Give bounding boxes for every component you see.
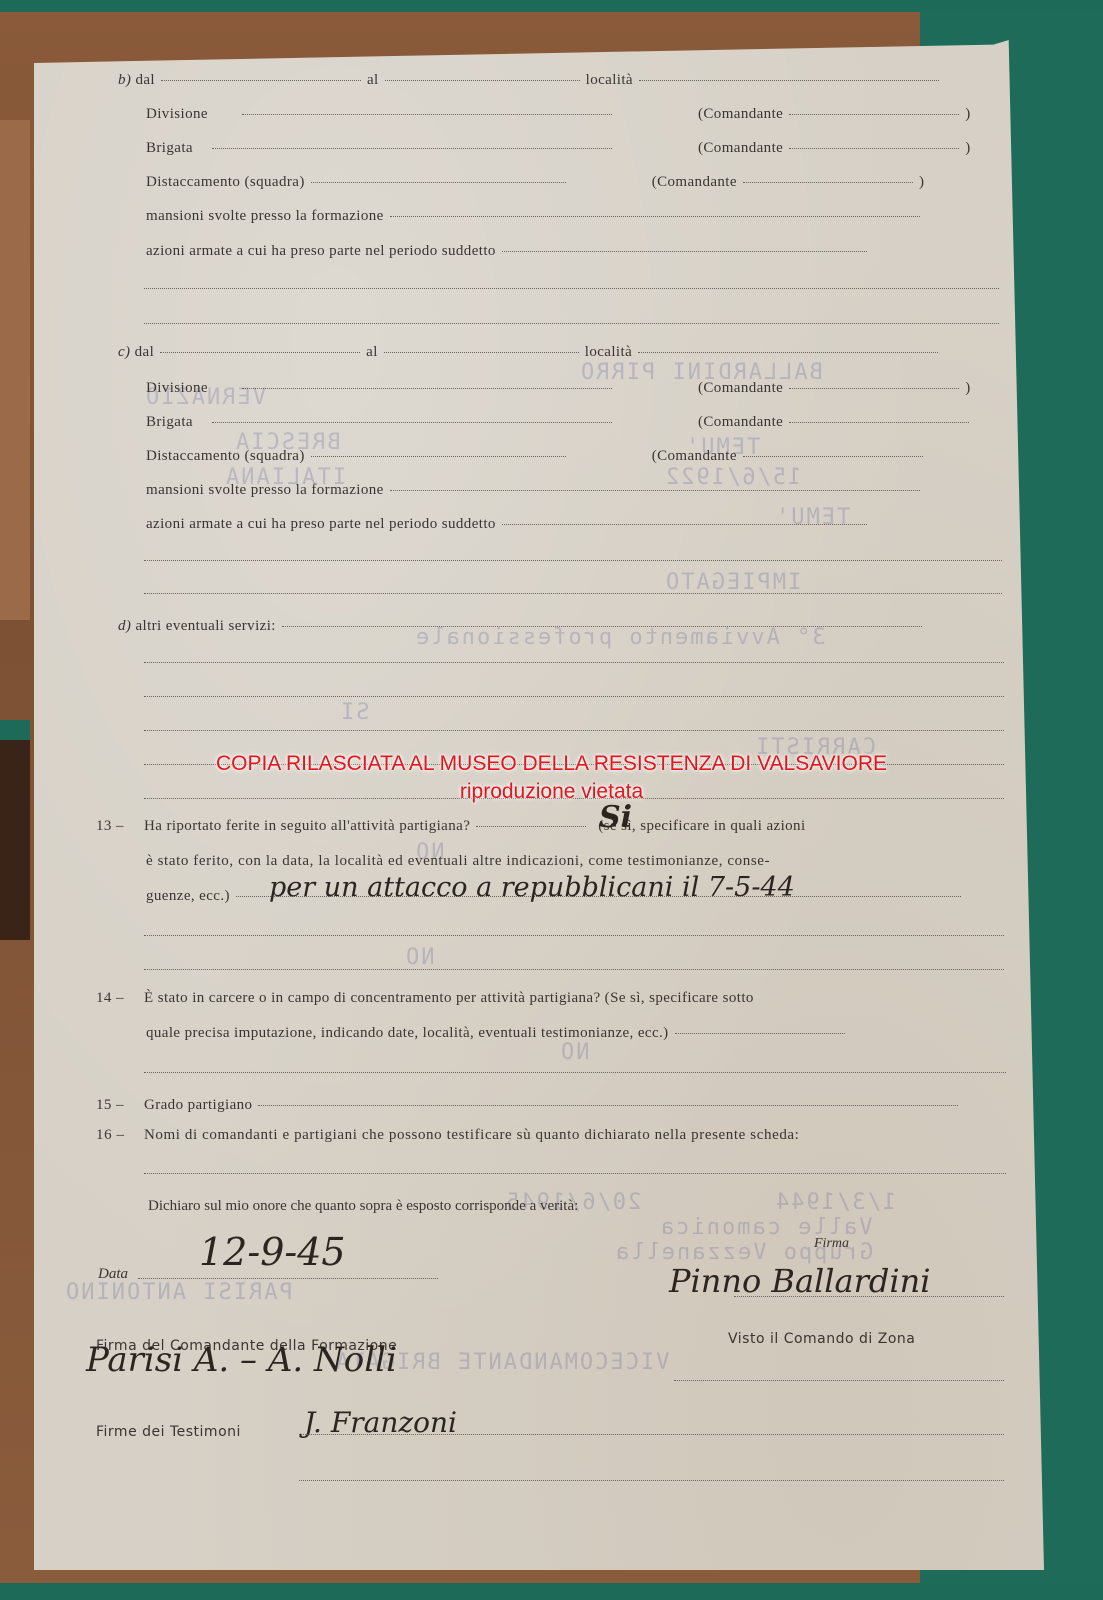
azioni-label: azioni armate a cui ha preso parte nel p…: [146, 243, 496, 260]
comandante-label: (Comandante: [652, 448, 737, 465]
comandante-field[interactable]: [789, 147, 959, 149]
blank-line[interactable]: [144, 1072, 1006, 1073]
q14-line1: È stato in carcere o in campo di concent…: [144, 990, 754, 1007]
distaccamento-label: Distaccamento (squadra): [146, 174, 305, 191]
distaccamento-field[interactable]: [311, 455, 566, 457]
al-label: al: [367, 72, 379, 89]
comandante-field[interactable]: [743, 455, 923, 457]
section-b-dates-row: b) dal al località: [118, 72, 945, 89]
altri-servizi-field[interactable]: [282, 625, 922, 627]
close-paren: ): [965, 140, 970, 157]
comandante-label: (Comandante: [652, 174, 737, 191]
q14-field[interactable]: [675, 1032, 845, 1034]
q13-line2: è stato ferito, con la data, la località…: [146, 853, 770, 870]
q14-number: 14 –: [96, 990, 144, 1007]
localita-label: località: [586, 72, 633, 89]
data-handwritten: 12-9-45: [199, 1230, 346, 1274]
blank-line[interactable]: [144, 662, 1004, 663]
bleed-text: SI: [339, 700, 370, 725]
close-paren: ): [965, 106, 970, 123]
al-field[interactable]: [385, 79, 580, 81]
bleed-text: PARISI ANTONINO: [64, 1280, 293, 1305]
section-b-divisione-row: Divisione (Comandante ): [146, 106, 971, 123]
bleed-text: IMPIEGATO: [664, 570, 801, 595]
blank-line[interactable]: [144, 969, 1004, 970]
q13-line3-prefix: guenze, ecc.): [146, 888, 230, 905]
q15-row: 15 – Grado partigiano: [96, 1097, 964, 1114]
divisione-label: Divisione: [146, 106, 236, 123]
distaccamento-label: Distaccamento (squadra): [146, 448, 305, 465]
divisione-field[interactable]: [242, 113, 612, 115]
comandante-label: (Comandante: [698, 106, 783, 123]
section-b-distaccamento-row: Distaccamento (squadra) (Comandante ): [146, 174, 924, 191]
green-strip: [0, 720, 30, 742]
brigata-label: Brigata: [146, 140, 206, 157]
q13-number: 13 –: [96, 818, 144, 835]
brigata-label: Brigata: [146, 414, 206, 431]
firma-label: Firma: [814, 1236, 849, 1252]
q15-label: Grado partigiano: [144, 1097, 252, 1114]
comandante-label: (Comandante: [698, 380, 783, 397]
blank-line[interactable]: [144, 560, 1002, 561]
q13-line2-text: è stato ferito, con la data, la località…: [146, 853, 770, 870]
altri-servizi-label: altri eventuali servizi:: [135, 618, 275, 635]
blank-line[interactable]: [144, 935, 1004, 936]
q13-row: 13 – Ha riportato ferite in seguito all'…: [96, 818, 806, 835]
firma-signature: Pinno Ballardini: [669, 1262, 930, 1300]
section-b-marker: b): [118, 72, 131, 89]
section-c-brigata-row: Brigata (Comandante: [146, 414, 975, 431]
data-field[interactable]: [138, 1278, 438, 1279]
dal-label: dal: [135, 72, 155, 89]
q16-number: 16 –: [96, 1127, 144, 1144]
localita-field[interactable]: [638, 351, 938, 353]
blank-line[interactable]: [144, 593, 1002, 594]
visto-label: Visto il Comando di Zona: [728, 1331, 915, 1347]
distaccamento-field[interactable]: [311, 181, 566, 183]
close-paren: ): [919, 174, 924, 191]
section-c-mansioni-row: mansioni svolte presso la formazione: [146, 482, 926, 499]
close-paren: ): [965, 380, 970, 397]
comandante-signature: Parisi A. – A. Nolli: [86, 1340, 397, 1380]
watermark-line1: COPIA RILASCIATA AL MUSEO DELLA RESISTEN…: [0, 752, 1103, 776]
comandante-field[interactable]: [743, 181, 913, 183]
green-mat-bottom: [0, 1583, 1103, 1600]
testimoni-field[interactable]: [299, 1480, 1004, 1481]
firma-field[interactable]: [734, 1296, 1004, 1297]
divisione-label: Divisione: [146, 380, 236, 397]
al-field[interactable]: [384, 351, 579, 353]
section-b-mansioni-row: mansioni svolte presso la formazione: [146, 208, 926, 225]
visto-field[interactable]: [674, 1380, 1004, 1381]
comandante-field[interactable]: [789, 421, 969, 423]
dal-field[interactable]: [160, 351, 360, 353]
brigata-field[interactable]: [212, 421, 612, 423]
q13-details-handwritten: per un attacco a repubblicani il 7-5-44: [269, 872, 795, 903]
azioni-field[interactable]: [502, 523, 867, 525]
section-d-marker: d): [118, 618, 131, 635]
testimoni-field[interactable]: [299, 1434, 1004, 1435]
q13-question: Ha riportato ferite in seguito all'attiv…: [144, 818, 470, 835]
dal-field[interactable]: [161, 79, 361, 81]
localita-label: località: [585, 344, 632, 361]
blank-line[interactable]: [144, 730, 1004, 731]
bleed-text: NO: [404, 945, 435, 970]
comandante-label: (Comandante: [698, 414, 783, 431]
al-label: al: [366, 344, 378, 361]
section-c-marker: c): [118, 344, 130, 361]
data-label: Data: [98, 1266, 128, 1283]
section-c-azioni-row: azioni armate a cui ha preso parte nel p…: [146, 516, 873, 533]
document-page: BALLARDINI PIRRO VERNAZIO BRESCIA TEMU' …: [34, 40, 1044, 1570]
q14-row: 14 – È stato in carcere o in campo di co…: [96, 990, 754, 1007]
q16-label: Nomi di comandanti e partigiani che poss…: [144, 1127, 799, 1144]
q13-answer-field[interactable]: [476, 825, 586, 827]
blank-line[interactable]: [144, 288, 999, 289]
azioni-label: azioni armate a cui ha preso parte nel p…: [146, 516, 496, 533]
q14-line2: quale precisa imputazione, indicando dat…: [146, 1025, 669, 1042]
section-c-divisione-row: Divisione (Comandante ): [146, 380, 971, 397]
mansioni-label: mansioni svolte presso la formazione: [146, 208, 384, 225]
section-c-distaccamento-row: Distaccamento (squadra) (Comandante: [146, 448, 929, 465]
comandante-field[interactable]: [789, 387, 959, 389]
declaration-text: Dichiaro sul mio onore che quanto sopra …: [148, 1198, 578, 1215]
comandante-field[interactable]: [789, 113, 959, 115]
q13-answer-handwritten: Si: [599, 800, 632, 835]
mansioni-field[interactable]: [390, 489, 920, 491]
dal-label: dal: [135, 344, 155, 361]
bleed-text: NO: [559, 1040, 590, 1065]
paper-stack-edge: [0, 120, 30, 620]
testimoni-label: Firme dei Testimoni: [96, 1424, 241, 1440]
watermark-line2: riproduzione vietata: [0, 780, 1103, 804]
mansioni-field[interactable]: [390, 215, 920, 217]
section-d-row: d) altri eventuali servizi:: [118, 618, 928, 635]
bleed-text: 1/3/1944: [774, 1190, 896, 1215]
section-b-azioni-row: azioni armate a cui ha preso parte nel p…: [146, 243, 873, 260]
q14-line2-row: quale precisa imputazione, indicando dat…: [146, 1025, 851, 1042]
divisione-field[interactable]: [242, 387, 612, 389]
brigata-field[interactable]: [212, 147, 612, 149]
blank-line[interactable]: [144, 323, 999, 324]
q15-number: 15 –: [96, 1097, 144, 1114]
q15-field[interactable]: [258, 1104, 958, 1106]
blank-line[interactable]: [144, 696, 1004, 697]
mansioni-label: mansioni svolte presso la formazione: [146, 482, 384, 499]
green-mat-top: [0, 0, 1103, 12]
localita-field[interactable]: [639, 79, 939, 81]
section-c-dates-row: c) dal al località: [118, 344, 944, 361]
azioni-field[interactable]: [502, 250, 867, 252]
comandante-label: (Comandante: [698, 140, 783, 157]
blank-line[interactable]: [144, 1173, 1006, 1174]
q16-row: 16 – Nomi di comandanti e partigiani che…: [96, 1127, 799, 1144]
section-b-brigata-row: Brigata (Comandante ): [146, 140, 971, 157]
